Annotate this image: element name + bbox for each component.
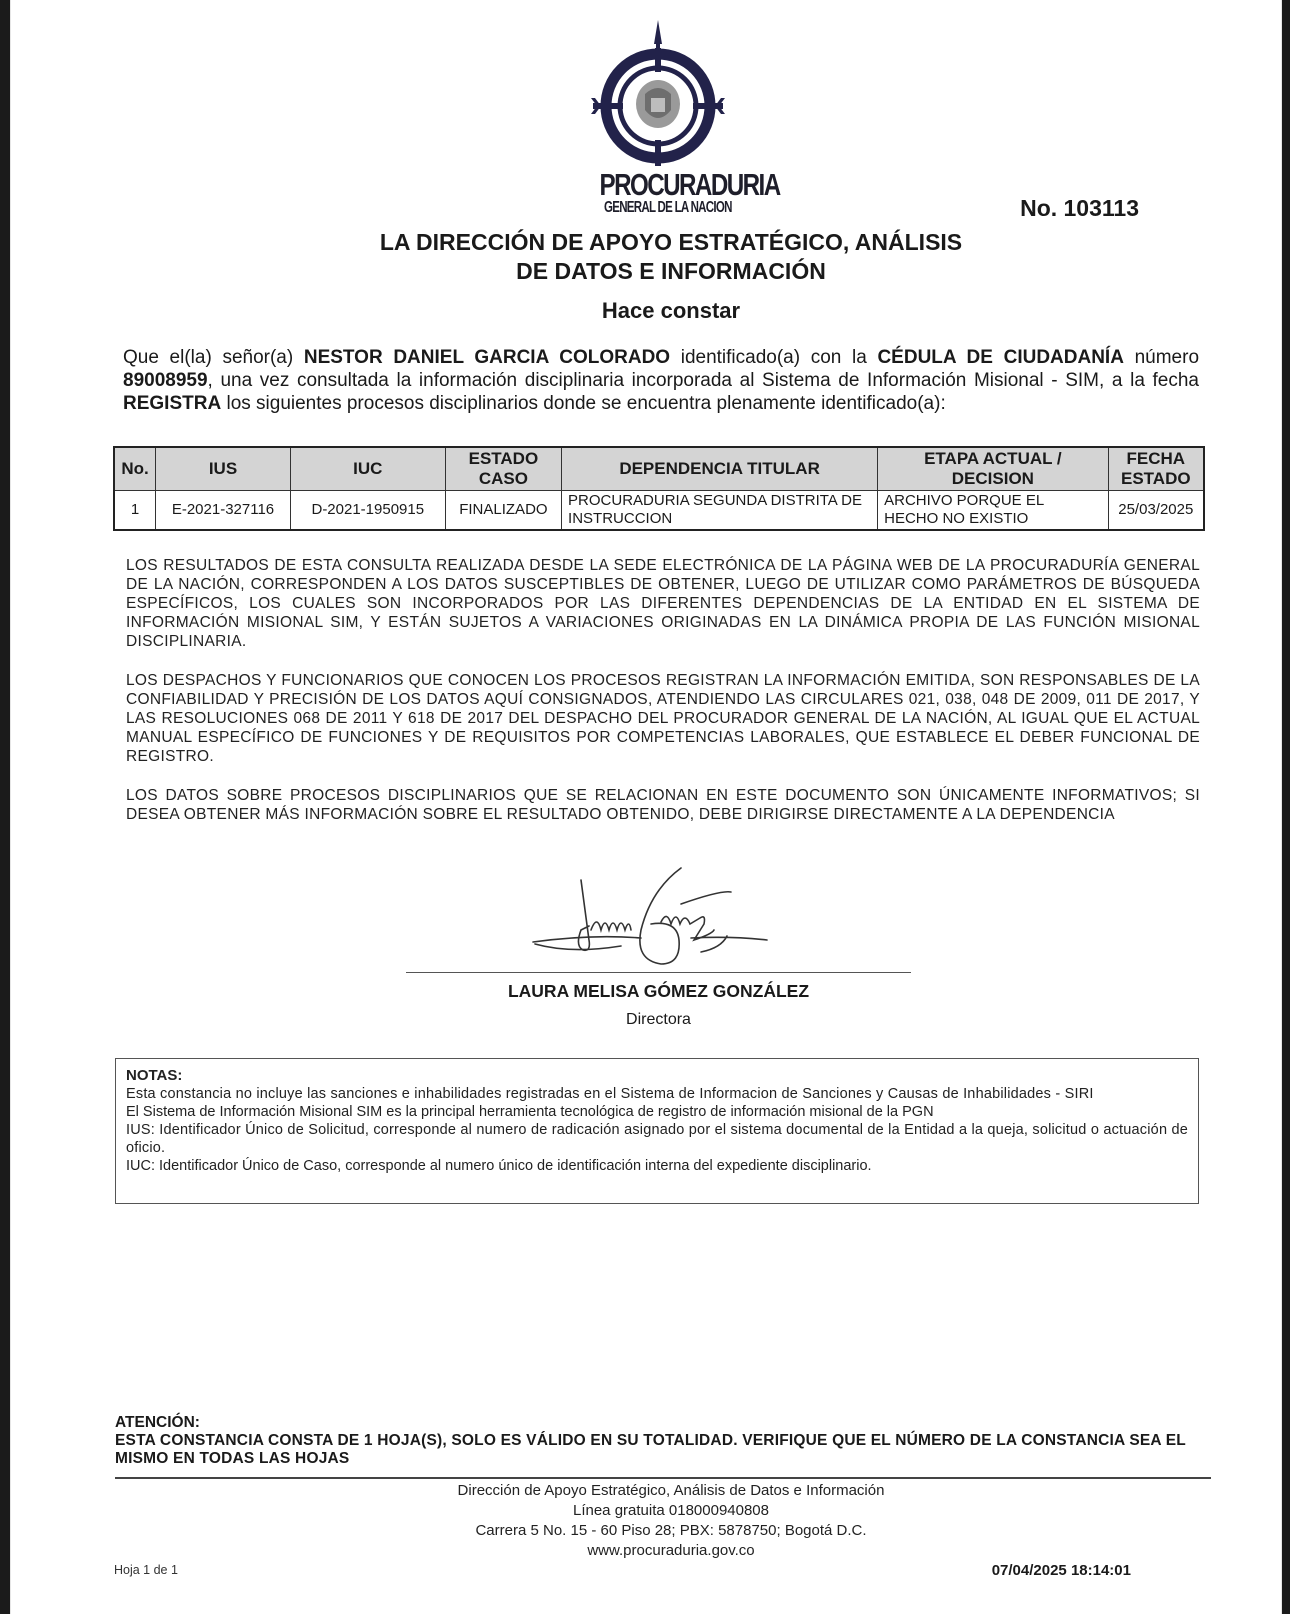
footer-hotline: Línea gratuita 018000940808: [341, 1501, 1001, 1521]
cell-fecha-estado: 25/03/2025: [1108, 491, 1204, 531]
note-item: IUS: Identificador Único de Solicitud, c…: [126, 1121, 1188, 1157]
disciplinary-processes-table: No. IUS IUC ESTADO CASO DEPENDENCIA TITU…: [113, 446, 1205, 531]
title-line-2: DE DATOS E INFORMACIÓN: [341, 257, 1001, 286]
notes-box: NOTAS: Esta constancia no incluye las sa…: [115, 1058, 1199, 1204]
disclaimer-paragraph-3: LOS DATOS SOBRE PROCESOS DISCIPLINARIOS …: [126, 786, 1200, 824]
note-item: Esta constancia no incluye las sanciones…: [126, 1085, 1188, 1103]
person-name: NESTOR DANIEL GARCIA COLORADO: [304, 347, 670, 368]
intro-text: identificado(a) con la: [670, 347, 877, 368]
signatory-role: Directora: [406, 1011, 911, 1029]
footer-office: Dirección de Apoyo Estratégico, Análisis…: [341, 1481, 1001, 1501]
col-iuc: IUC: [290, 447, 445, 491]
page-indicator: Hoja 1 de 1: [114, 1563, 178, 1577]
title-line-1: LA DIRECCIÓN DE APOYO ESTRATÉGICO, ANÁLI…: [341, 228, 1001, 257]
attention-block: ATENCIÓN: ESTA CONSTANCIA CONSTA DE 1 HO…: [115, 1414, 1211, 1468]
id-number: 89008959: [123, 370, 208, 391]
footer-divider: [115, 1477, 1211, 1479]
cell-estado-caso: FINALIZADO: [445, 491, 561, 531]
intro-paragraph: Que el(la) señor(a) NESTOR DANIEL GARCIA…: [123, 346, 1199, 415]
cell-no: 1: [114, 491, 156, 531]
crosshair-shield-emblem-icon: [583, 18, 733, 168]
disclaimer-paragraph-2: LOS DESPACHOS Y FUNCIONARIOS QUE CONOCEN…: [126, 671, 1200, 766]
footer-website[interactable]: www.procuraduria.gov.co: [341, 1541, 1001, 1561]
generation-timestamp: 07/04/2025 18:14:01: [992, 1562, 1131, 1579]
document-subtitle: Hace constar: [341, 298, 1001, 324]
footer-address: Carrera 5 No. 15 - 60 Piso 28; PBX: 5878…: [341, 1521, 1001, 1541]
id-type: CÉDULA DE CIUDADANÍA: [877, 347, 1123, 368]
col-fecha-estado: FECHA ESTADO: [1108, 447, 1204, 491]
document-number: No. 103113: [1020, 195, 1139, 222]
footer-contact: Dirección de Apoyo Estratégico, Análisis…: [341, 1481, 1001, 1561]
cell-ius: E-2021-327116: [156, 491, 291, 531]
attention-text: ESTA CONSTANCIA CONSTA DE 1 HOJA(S), SOL…: [115, 1432, 1211, 1468]
intro-text: Que el(la) señor(a): [123, 347, 304, 368]
cell-etapa-actual: ARCHIVO PORQUE EL HECHO NO EXISTIO: [878, 491, 1108, 531]
logo-title: PROCURADURIA: [600, 170, 717, 200]
col-estado-caso: ESTADO CASO: [445, 447, 561, 491]
logo-subtitle: GENERAL DE LA NACION: [604, 200, 712, 216]
cell-iuc: D-2021-1950915: [290, 491, 445, 531]
table-header-row: No. IUS IUC ESTADO CASO DEPENDENCIA TITU…: [114, 447, 1204, 491]
notes-heading: NOTAS:: [126, 1067, 1188, 1085]
col-etapa-actual: ETAPA ACTUAL / DECISION: [878, 447, 1108, 491]
intro-text: número: [1124, 347, 1199, 368]
procuraduria-logo: PROCURADURIA GENERAL DE LA NACION: [583, 18, 733, 218]
signature-line: [406, 972, 911, 973]
col-no: No.: [114, 447, 156, 491]
attention-heading: ATENCIÓN:: [115, 1414, 1211, 1432]
handwritten-signature-icon: [531, 860, 781, 972]
intro-text: , una vez consultada la información disc…: [208, 370, 1199, 391]
document-title: LA DIRECCIÓN DE APOYO ESTRATÉGICO, ANÁLI…: [11, 228, 1290, 286]
note-item: IUC: Identificador Único de Caso, corres…: [126, 1157, 1188, 1175]
signatory-name: LAURA MELISA GÓMEZ GONZÁLEZ: [406, 981, 911, 1002]
document-page: PROCURADURIA GENERAL DE LA NACION No. 10…: [10, 0, 1282, 1614]
intro-text: los siguientes procesos disciplinarios d…: [221, 393, 946, 414]
note-item: El Sistema de Información Misional SIM e…: [126, 1103, 1188, 1121]
record-status: REGISTRA: [123, 393, 221, 414]
disclaimer-paragraph-1: LOS RESULTADOS DE ESTA CONSULTA REALIZAD…: [126, 556, 1200, 651]
cell-dependencia-titular: PROCURADURIA SEGUNDA DISTRITA DE INSTRUC…: [562, 491, 878, 531]
table-row: 1 E-2021-327116 D-2021-1950915 FINALIZAD…: [114, 491, 1204, 531]
col-dependencia-titular: DEPENDENCIA TITULAR: [562, 447, 878, 491]
col-ius: IUS: [156, 447, 291, 491]
